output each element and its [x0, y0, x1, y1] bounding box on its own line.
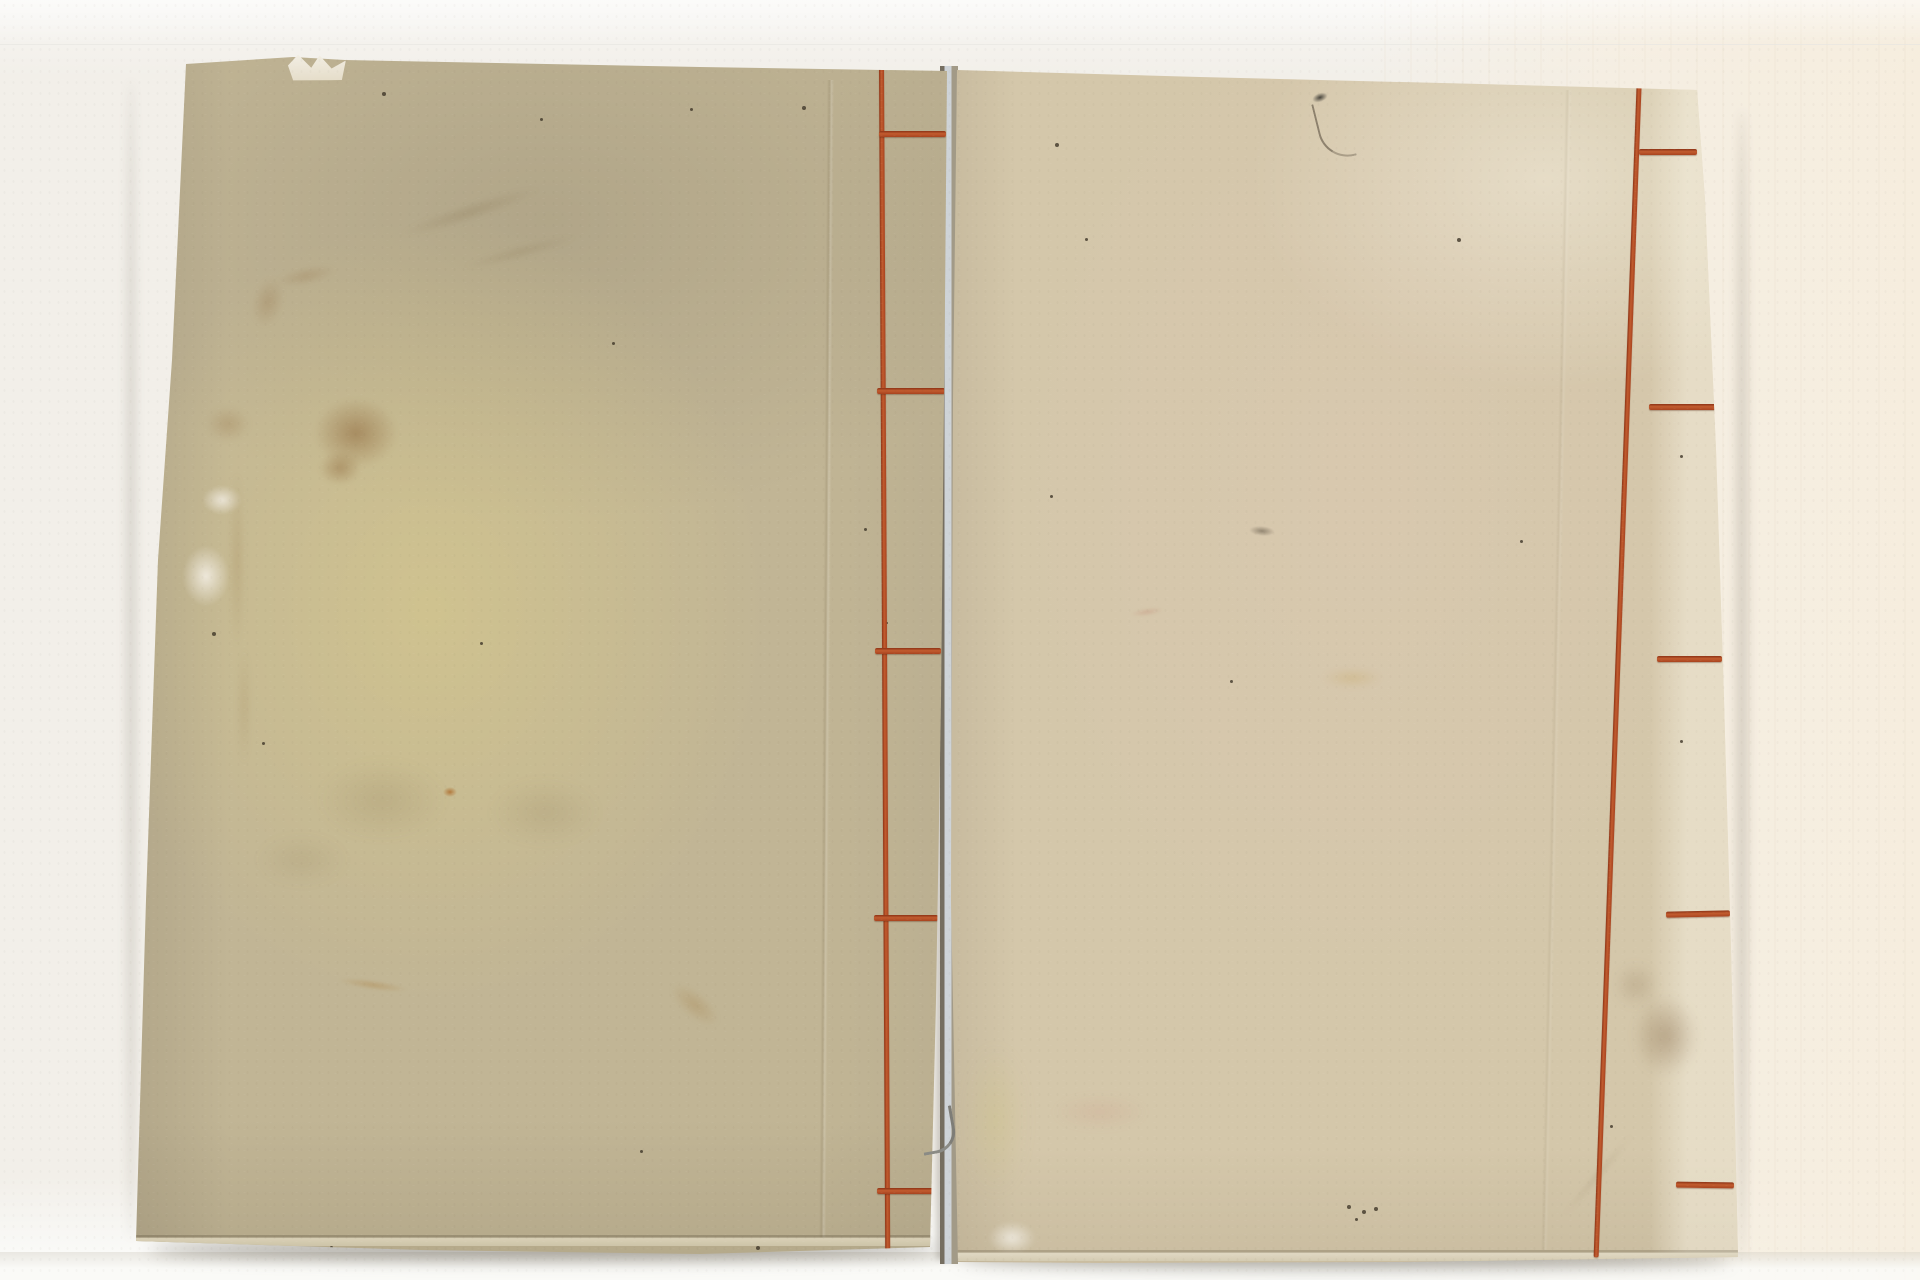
stain [1322, 668, 1382, 688]
speck [1085, 238, 1088, 241]
speck [382, 92, 386, 96]
stain [490, 779, 600, 845]
stain [443, 787, 457, 797]
speck [1520, 540, 1523, 543]
left-book [130, 50, 950, 1265]
stain [237, 646, 251, 766]
speck [864, 528, 867, 531]
binding-stitch-bar [1639, 149, 1697, 155]
tabletop-bright-band [0, 0, 1920, 45]
binding-stitch-bar [874, 915, 938, 921]
stain [317, 760, 447, 840]
right-book [945, 60, 1745, 1270]
binding-stitch-bar [877, 388, 945, 394]
binding-stitch-bar [875, 648, 941, 654]
speck [1680, 455, 1683, 458]
speck [540, 118, 543, 121]
speck [690, 108, 693, 111]
left-book-edge-shadow [126, 80, 136, 1240]
speck [640, 1150, 643, 1153]
speck [212, 632, 216, 636]
stain [1633, 995, 1699, 1077]
stain [1613, 962, 1659, 1008]
speck [480, 642, 483, 645]
binding-stitch-bar [1657, 656, 1722, 662]
stain [182, 545, 230, 607]
speck [1374, 1207, 1378, 1211]
stain [460, 230, 580, 275]
stain [1130, 606, 1165, 619]
stain [319, 451, 361, 485]
speck [1050, 495, 1053, 498]
right-book-edge-shadow [1736, 110, 1748, 1260]
speck [802, 106, 806, 110]
speck [1610, 1125, 1613, 1128]
right-book-stains-layer [945, 60, 1745, 1270]
speck [1055, 143, 1059, 147]
torn-notch [287, 50, 346, 82]
stain [664, 976, 727, 1034]
speck [1457, 238, 1461, 242]
speck [1347, 1205, 1351, 1209]
stain [396, 180, 544, 243]
stain [966, 1045, 1026, 1195]
stain [206, 406, 250, 442]
speck [1362, 1210, 1366, 1214]
stain [1052, 1094, 1148, 1130]
speck [612, 342, 615, 345]
speck [262, 742, 265, 745]
stain [257, 835, 347, 885]
stain [338, 975, 409, 995]
photo-two-stitched-books [0, 0, 1920, 1280]
speck [1230, 680, 1233, 683]
stain [228, 470, 246, 650]
stain [1249, 525, 1276, 537]
speck [756, 1246, 760, 1250]
binding-stitch-bar [877, 1188, 941, 1194]
binding-stitch-bar [1649, 404, 1716, 410]
left-book-page-edges [134, 1235, 946, 1246]
stain [274, 261, 338, 291]
speck [1355, 1218, 1358, 1221]
speck [1680, 740, 1683, 743]
binding-stitch-bar [1676, 1182, 1734, 1188]
binding-stitch-bar [879, 131, 946, 137]
